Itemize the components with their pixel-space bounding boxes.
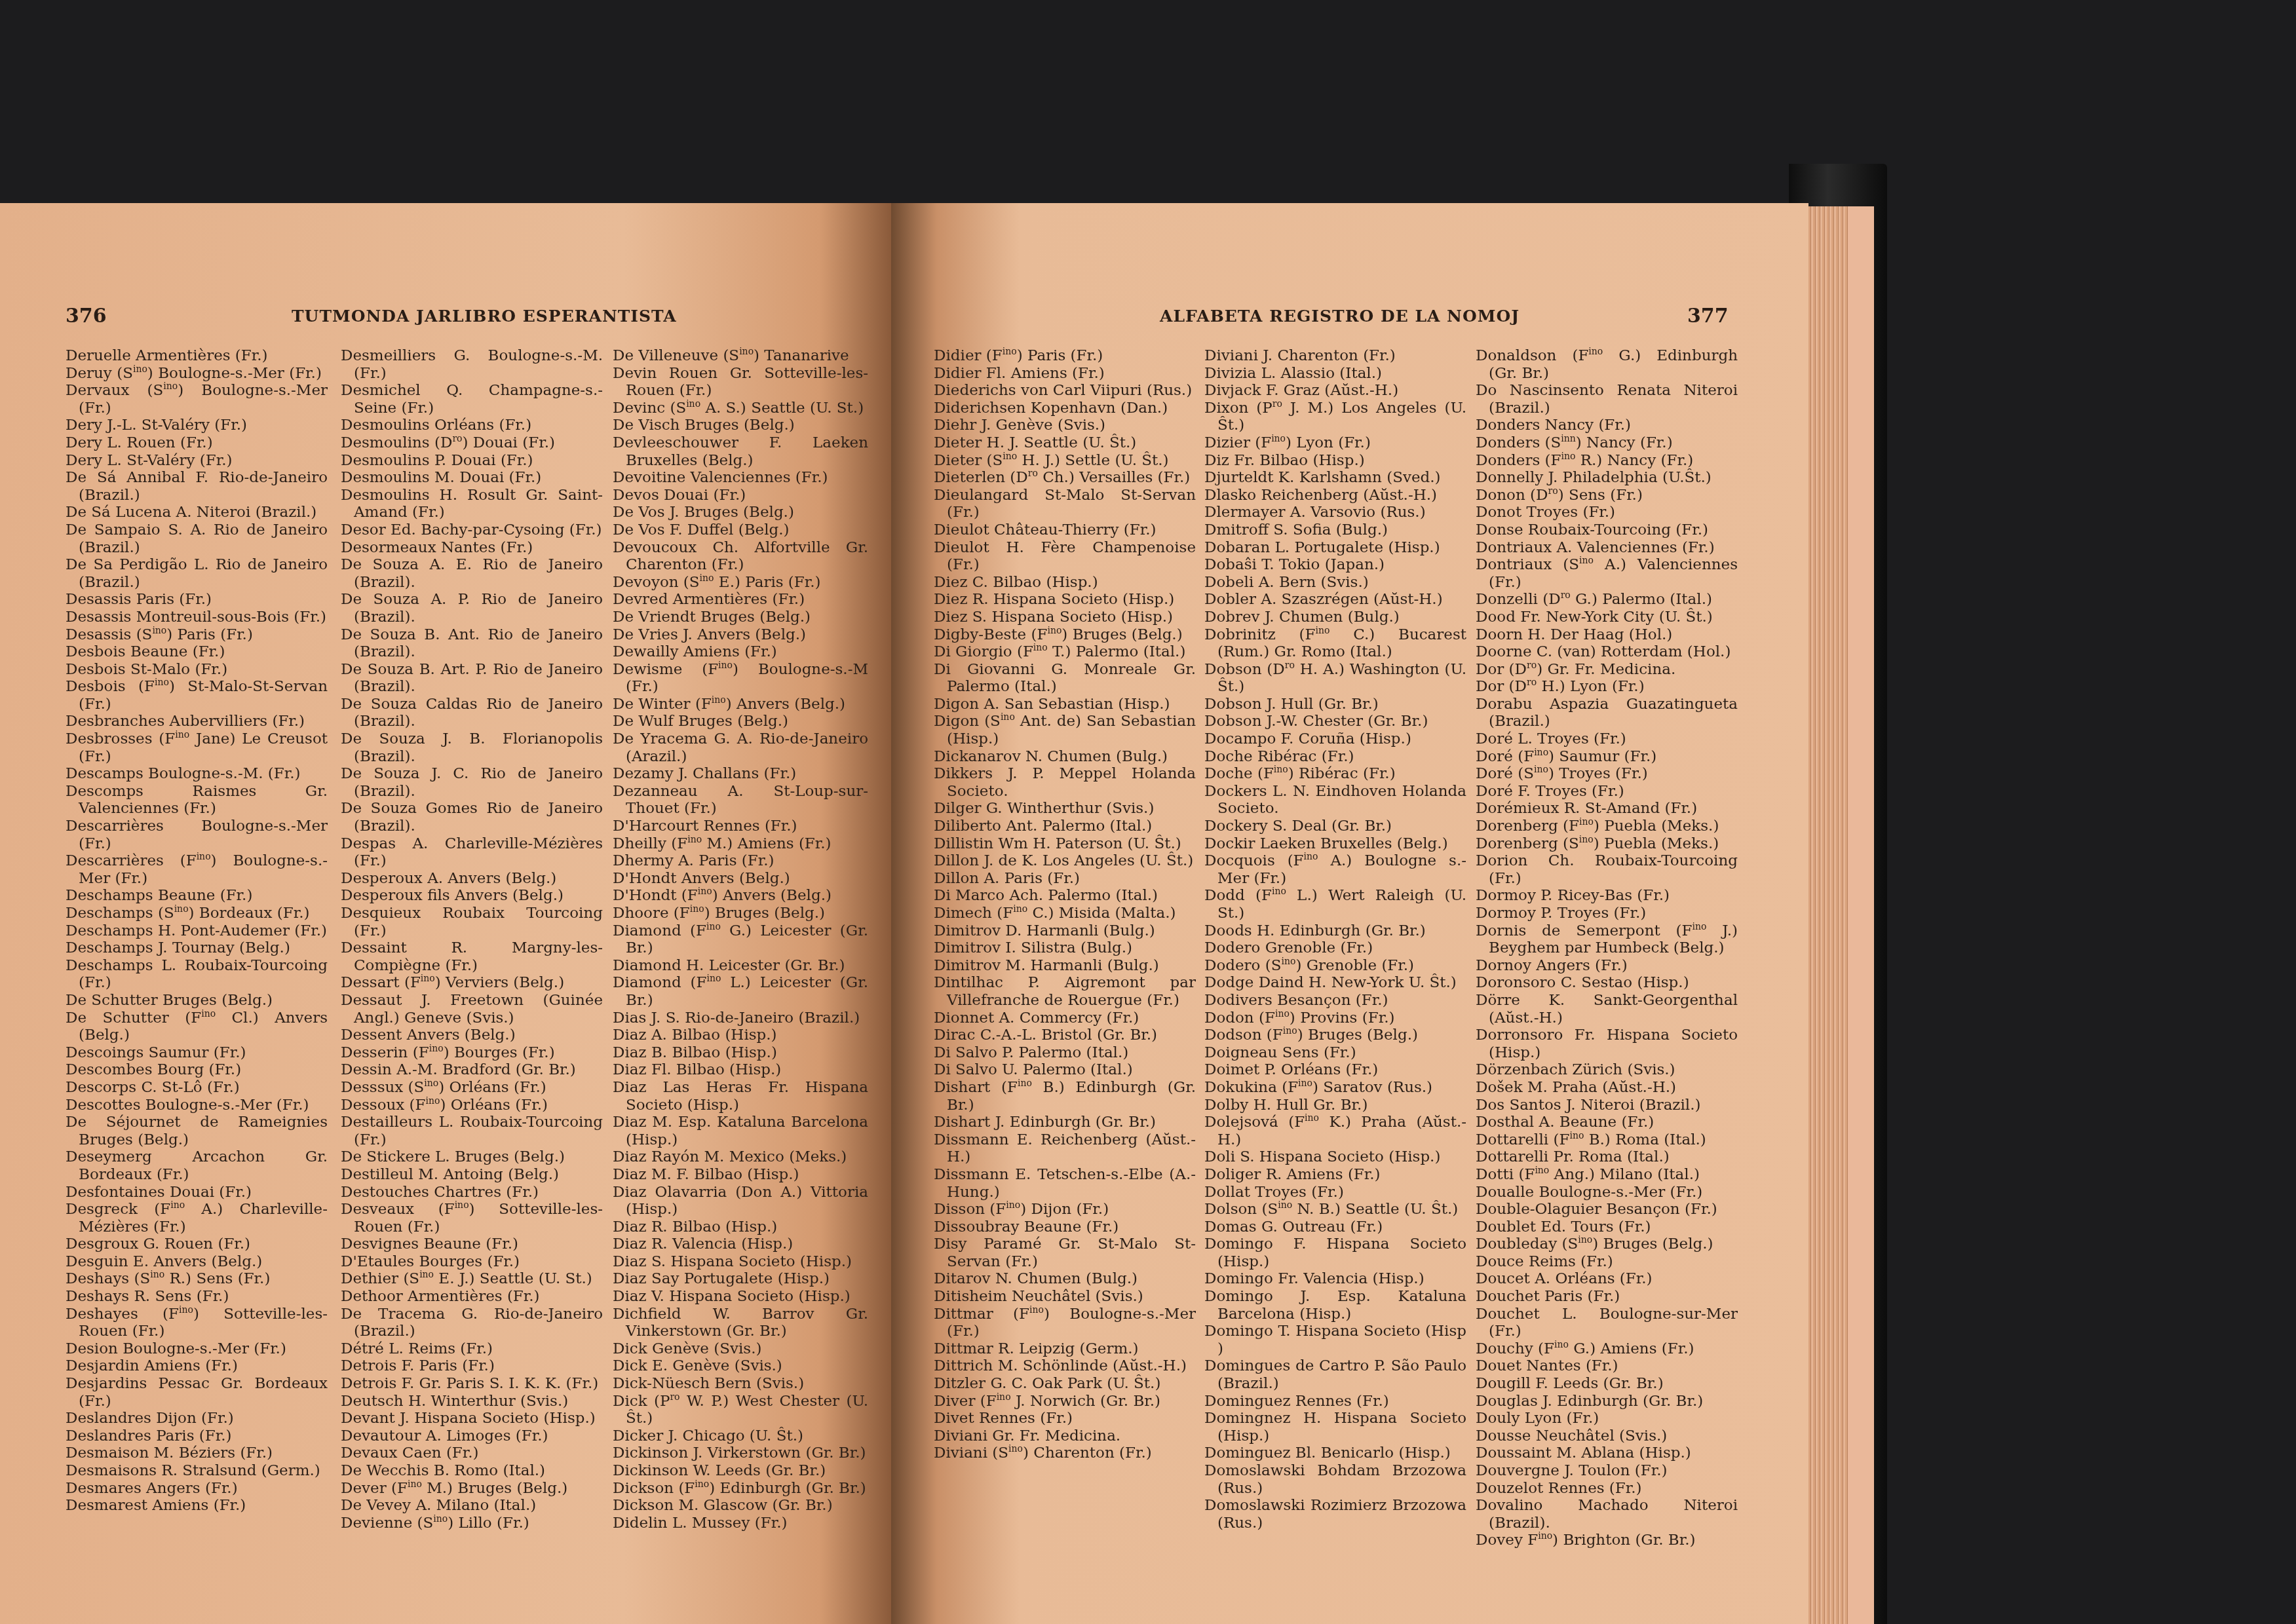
directory-entry: Doronsoro C. Sestao (Hisp.) [1476,974,1738,992]
directory-entry: Dodson (Fino) Bruges (Belg.) [1204,1027,1466,1044]
directory-entry: De Souza A. P. Rio de Janeiro (Brazil). [341,591,603,626]
directory-entry: Deruelle Armentières (Fr.) [66,347,328,365]
directory-entry: Desjardin Amiens (Fr.) [66,1357,328,1375]
directory-entry: Desormeaux Nantes (Fr.) [341,539,603,557]
directory-entry: Dessin A.-M. Bradford (Gr. Br.) [341,1061,603,1079]
directory-entry: Donders Nancy (Fr.) [1476,417,1738,434]
directory-entry: Desmaisons R. Stralsund (Germ.) [66,1462,328,1480]
directory-entry: Douzelot Rennes (Fr.) [1476,1480,1738,1498]
directory-entry: Desmarest Amiens (Fr.) [66,1497,328,1515]
directory-entry: Desperoux A. Anvers (Belg.) [341,870,603,888]
directory-entry: Doublet Ed. Tours (Fr.) [1476,1218,1738,1236]
directory-entry: Dessaut J. Freetown (Guinée Angl.) Genev… [341,992,603,1027]
directory-entry: De Souza Gomes Rio de Janeiro (Brazil). [341,800,603,835]
directory-entry: Dolson (Sino N. B.) Seattle (U. Ŝt.) [1204,1201,1466,1218]
directory-entry: Dieulangard St-Malo St-Servan (Fr.) [934,487,1196,521]
directory-entry: Despas A. Charleville-Mézières (Fr.) [341,835,603,870]
directory-entry: Dessart (Fino) Verviers (Belg.) [341,974,603,992]
directory-entry: Didier (Fino) Paris (Fr.) [934,347,1196,365]
directory-entry: Deslandres Dijon (Fr.) [66,1410,328,1427]
directory-entry: De Tracema G. Rio-de-Janeiro (Brazil.) [341,1306,603,1340]
directory-entry: Dobson J. Hull (Gr. Br.) [1204,696,1466,713]
directory-entry: Descarrières (Fino) Boulogne-s.-Mer (Fr.… [66,852,328,887]
directory-entry: Dessaint R. Margny-les-Compiègne (Fr.) [341,939,603,974]
directory-entry: Dobler A. Szaszrégen (Aŭst-H.) [1204,591,1466,609]
directory-entry: Dobrinitz (Fino C.) Bucarest (Rum.) Gr. … [1204,626,1466,661]
directory-entry: Doorn H. Der Haag (Hol.) [1476,626,1738,644]
directory-entry: Desssux (Sino) Orléans (Fr.) [341,1079,603,1097]
directory-entry: Diez S. Hispana Societo (Hisp.) [934,609,1196,626]
directory-entry: Desbois St-Malo (Fr.) [66,661,328,679]
directory-entry: Dodd (Fino L.) Wert Raleigh (U. St.) [1204,887,1466,922]
directory-entry: Destouches Chartres (Fr.) [341,1184,603,1201]
directory-entry: Diederichs von Carl Viipuri (Rus.) [934,382,1196,400]
directory-entry: Diliberto Ant. Palermo (Ital.) [934,818,1196,835]
directory-entry: De Souza A. E. Rio de Janeiro (Brazil). [341,556,603,591]
directory-entry: De Vries J. Anvers (Belg.) [613,626,868,644]
directory-entry: Dodon (Fino) Provins (Fr.) [1204,1010,1466,1027]
directory-entry: Deshayes (Fino) Sotteville-les-Rouen (Fr… [66,1306,328,1340]
open-book: 376 TUTMONDA JARLIBRO ESPERANTISTA Derue… [0,164,1887,1624]
directory-entry: Desion Boulogne-s.-Mer (Fr.) [66,1340,328,1358]
directory-entry: Deschamps (Sino) Bordeaux (Fr.) [66,905,328,922]
directory-entry: Desbois (Fino) St-Malo-St-Servan (Fr.) [66,678,328,713]
directory-entry: Dillon A. Paris (Fr.) [934,870,1196,888]
directory-entry: Do Nascinsento Renata Niteroi (Brazil.) [1476,382,1738,417]
page-edges [1808,206,1848,1624]
directory-entry: Dickson (Fino) Edinburgh (Gr. Br.) [613,1480,868,1498]
directory-entry: Devin Rouen Gr. Sotteville-les-Rouen (Fr… [613,365,868,400]
directory-entry: De Vevey A. Milano (Ital.) [341,1497,603,1515]
directory-entry: Devinc (Sino A. S.) Seattle (U. St.) [613,400,868,417]
directory-entry: Dockers L. N. Eindhoven Holanda Societo. [1204,783,1466,818]
directory-entry: Digon A. San Sebastian (Hisp.) [934,696,1196,713]
directory-entry: Dimitrov M. Harmanli (Bulg.) [934,957,1196,975]
directory-entry: Descomps Raismes Gr. Valenciennes (Fr.) [66,783,328,818]
directory-entry: Dimitrov I. Silistra (Bulg.) [934,939,1196,957]
directory-entry: Deseymerg Arcachon Gr. Bordeaux (Fr.) [66,1148,328,1183]
directory-entry: Dokukina (Fino) Saratov (Rus.) [1204,1079,1466,1097]
directory-entry: Diaz R. Valencia (Hisp.) [613,1236,868,1253]
directory-entry: Desmares Angers (Fr.) [66,1480,328,1498]
directory-entry: Dishart (Fino B.) Edinburgh (Gr. Br.) [934,1079,1196,1114]
directory-entry: Diviani Gr. Fr. Medicina. [934,1427,1196,1445]
directory-entry: Dobrev J. Chumen (Bulg.) [1204,609,1466,626]
directory-entry: Dethoor Armentières (Fr.) [341,1288,603,1306]
directory-entry: De Séjournet de Rameignies Bruges (Belg.… [66,1114,328,1148]
left-column-1: Deruelle Armentières (Fr.)Deruy (Sino) B… [66,347,328,1515]
directory-entry: Dionnet A. Commercy (Fr.) [934,1010,1196,1027]
directory-entry: Dixon (Pro J. M.) Los Angeles (U. Ŝt.) [1204,400,1466,434]
directory-entry: Dobaŝi T. Tokio (Japan.) [1204,556,1466,574]
directory-entry: Dessent Anvers (Belg.) [341,1027,603,1044]
directory-entry: Dissoubray Beaune (Fr.) [934,1218,1196,1236]
directory-entry: Digby-Beste (Fino) Bruges (Belg.) [934,626,1196,644]
directory-entry: Dotti (Fino Ang.) Milano (Ital.) [1476,1166,1738,1184]
directory-entry: Doliger R. Amiens (Fr.) [1204,1166,1466,1184]
directory-entry: Dobeli A. Bern (Svis.) [1204,574,1466,592]
directory-entry: Desquieux Roubaix Tourcoing (Fr.) [341,905,603,939]
directory-entry: Diamond (Fino G.) Leicester (Gr. Br.) [613,922,868,957]
directory-entry: Ditarov N. Chumen (Bulg.) [934,1270,1196,1288]
directory-entry: Desmoulins P. Douai (Fr.) [341,452,603,470]
directory-entry: Dockir Laeken Bruxelles (Belg.) [1204,835,1466,853]
directory-entry: Dizier (Fino) Lyon (Fr.) [1204,434,1466,452]
directory-entry: Desor Ed. Bachy-par-Cysoing (Fr.) [341,521,603,539]
directory-entry: Dontriaux (Sino A.) Valenciennes (Fr.) [1476,556,1738,591]
directory-entry: Dheilly (Fino M.) Amiens (Fr.) [613,835,868,853]
directory-entry: Desmoulins (Dro) Douai (Fr.) [341,434,603,452]
directory-entry: Dorronsoro Fr. Hispana Societo (Hisp.) [1476,1027,1738,1061]
directory-entry: Dezamy J. Challans (Fr.) [613,765,868,783]
directory-entry: Domas G. Outreau (Fr.) [1204,1218,1466,1236]
directory-entry: Domingo F. Hispana Societo (Hisp.) [1204,1236,1466,1270]
directory-entry: Dickinson J. Virkerstown (Gr. Br.) [613,1445,868,1462]
page-number-right: 377 [1687,305,1729,328]
directory-entry: Dissmann E. Reichenberg (Aŭst.-H.) [934,1131,1196,1166]
directory-entry: Douvergne J. Toulon (Fr.) [1476,1462,1738,1480]
directory-entry: De Schutter (Fino Cl.) Anvers (Belg.) [66,1010,328,1044]
directory-entry: Dor (Dro H.) Lyon (Fr.) [1476,678,1738,696]
directory-entry: Deutsch H. Winterthur (Svis.) [341,1393,603,1410]
directory-entry: Desperoux fils Anvers (Belg.) [341,887,603,905]
directory-entry: Dimech (Fino C.) Misida (Malta.) [934,905,1196,922]
directory-entry: De Villeneuve (Sino) Tananarive [613,347,868,365]
directory-entry: Dieulot Château-Thierry (Fr.) [934,521,1196,539]
directory-entry: Dick-Nüesch Bern (Svis.) [613,1375,868,1393]
directory-entry: Dicker J. Chicago (U. Ŝt.) [613,1427,868,1445]
directory-entry: De Yracema G. A. Rio-de-Janeiro (Arazil.… [613,730,868,765]
directory-entry: Diderichsen Kopenhavn (Dan.) [934,400,1196,417]
directory-entry: Dery J.-L. St-Valéry (Fr.) [66,417,328,434]
directory-entry: Dolejsová (Fino K.) Praha (Aŭst.-H.) [1204,1114,1466,1148]
directory-entry: Divjack F. Graz (Aŭst.-H.) [1204,382,1466,400]
directory-entry: Doré F. Troyes (Fr.) [1476,783,1738,801]
directory-entry: Doussaint M. Ablana (Hisp.) [1476,1445,1738,1462]
directory-entry: Double-Olaguier Besançon (Fr.) [1476,1201,1738,1218]
directory-entry: Dornis de Semerpont (Fino J.) Beyghem pa… [1476,922,1738,957]
directory-entry: Doche (Fino) Ribérac (Fr.) [1204,765,1466,783]
directory-entry: Doré L. Troyes (Fr.) [1476,730,1738,748]
directory-entry: Desgreck (Fino A.) Charleville-Mézières … [66,1201,328,1236]
directory-entry: De Wecchis B. Romo (Ital.) [341,1462,603,1480]
directory-entry: Domingues de Cartro P. São Paulo (Brazil… [1204,1357,1466,1392]
directory-entry: Devred Armentières (Fr.) [613,591,868,609]
directory-entry: Desgroux G. Rouen (Fr.) [66,1236,328,1253]
right-column-2: Diviani J. Charenton (Fr.)Divizia L. Ala… [1204,347,1466,1532]
directory-entry: Diaz S. Hispana Societo (Hisp.) [613,1253,868,1271]
directory-entry: Desassis Paris (Fr.) [66,591,328,609]
directory-entry: Dintilhac P. Aigremont par Villefranche … [934,974,1196,1009]
directory-entry: Deslandres Paris (Fr.) [66,1427,328,1445]
directory-entry: D'Hondt Anvers (Belg.) [613,870,868,888]
directory-entry: Dougill F. Leeds (Gr. Br.) [1476,1375,1738,1393]
left-page: 376 TUTMONDA JARLIBRO ESPERANTISTA Derue… [0,203,891,1624]
directory-entry: Dolby H. Hull Gr. Br.) [1204,1097,1466,1114]
directory-entry: Descottes Boulogne-s.-Mer (Fr.) [66,1097,328,1114]
directory-entry: Diez C. Bilbao (Hisp.) [934,574,1196,592]
directory-entry: Devant J. Hispana Societo (Hisp.) [341,1410,603,1427]
directory-entry: Donse Roubaix-Tourcoing (Fr.) [1476,521,1738,539]
directory-entry: Didier Fl. Amiens (Fr.) [934,365,1196,383]
directory-entry: Descarrières Boulogne-s.-Mer (Fr.) [66,818,328,852]
directory-entry: Dovalino Machado Niteroi (Brazil). [1476,1497,1738,1532]
directory-entry: Desvignes Beaune (Fr.) [341,1236,603,1253]
directory-entry: Dottarelli (Fino B.) Roma (Ital.) [1476,1131,1738,1149]
directory-entry: Dornoy Angers (Fr.) [1476,957,1738,975]
directory-entry: Desfontaines Douai (Fr.) [66,1184,328,1201]
right-column-1: Didier (Fino) Paris (Fr.)Didier Fl. Amie… [934,347,1196,1462]
directory-entry: De Souza B. Ant. Rio de Janeiro (Brazil)… [341,626,603,661]
directory-entry: Diaz M. Esp. Kataluna Barcelona (Hisp.) [613,1114,868,1148]
directory-entry: Diaz M. F. Bilbao (Hisp.) [613,1166,868,1184]
directory-entry: De Vriendt Bruges (Belg.) [613,609,868,626]
right-column-3: Donaldson (Fino G.) Edinburgh (Gr. Br.)D… [1476,347,1738,1549]
directory-entry: Dieter H. J. Seattle (U. Ŝt.) [934,434,1196,452]
directory-entry: Dorabu Aspazia Guazatingueta (Brazil.) [1476,696,1738,730]
directory-entry: Descoings Saumur (Fr.) [66,1044,328,1062]
directory-entry: Dittrich M. Schönlinde (Aŭst.-H.) [934,1357,1196,1375]
directory-entry: Doli S. Hispana Societo (Hisp.) [1204,1148,1466,1166]
directory-entry: Deshays (Sino R.) Sens (Fr.) [66,1270,328,1288]
directory-entry: Dethier (Sino E. J.) Seattle (U. St.) [341,1270,603,1288]
directory-entry: Dor (Dro) Gr. Fr. Medicina. [1476,661,1738,679]
directory-entry: Dörzenbach Zürich (Svis.) [1476,1061,1738,1079]
directory-entry: De Vos J. Bruges (Belg.) [613,504,868,521]
directory-entry: Douchy (Fino G.) Amiens (Fr.) [1476,1340,1738,1358]
directory-entry: Devleeschouwer F. Laeken Bruxelles (Belg… [613,434,868,469]
directory-entry: Destilleul M. Antoing (Belg.) [341,1166,603,1184]
directory-entry: Devoyon (Sino E.) Paris (Fr.) [613,574,868,592]
directory-entry: Domingnez H. Hispana Societo (Hisp.) [1204,1410,1466,1445]
directory-entry: Dollat Troyes (Fr.) [1204,1184,1466,1201]
right-page: ALFABETA REGISTRO DE LA NOMOJ 377 Didier… [891,203,1808,1624]
directory-entry: Détré L. Reims (Fr.) [341,1340,603,1358]
directory-entry: Dimitrov D. Harmanli (Bulg.) [934,922,1196,940]
directory-entry: Dery L. Rouen (Fr.) [66,434,328,452]
directory-entry: Dodivers Besançon (Fr.) [1204,992,1466,1010]
directory-entry: Dominguez Bl. Benicarlo (Hisp.) [1204,1445,1466,1462]
directory-entry: Dickson M. Glascow (Gr. Br.) [613,1497,868,1515]
directory-entry: Docquois (Fino A.) Boulogne s.-Mer (Fr.) [1204,852,1466,887]
directory-entry: Destailleurs L. Roubaix-Tourcoing (Fr.) [341,1114,603,1148]
directory-entry: Domingo J. Esp. Kataluna Barcelona (Hisp… [1204,1288,1466,1323]
directory-entry: Donnelly J. Philadelphia (U.Ŝt.) [1476,469,1738,487]
directory-entry: Devienne (Sino) Lillo (Fr.) [341,1515,603,1532]
directory-entry: Doche Ribérac (Fr.) [1204,748,1466,766]
left-column-2: Desmeilliers G. Boulogne-s.-M. (Fr.)Desm… [341,347,603,1532]
directory-entry: Dissmann E. Tetschen-s.-Elbe (A.-Hung.) [934,1166,1196,1201]
directory-entry: Doimet P. Orléans (Fr.) [1204,1061,1466,1079]
directory-entry: Desguin E. Anvers (Belg.) [66,1253,328,1271]
directory-entry: Domingo T. Hispana Societo (Hisp ) [1204,1323,1466,1357]
directory-entry: Diaz R. Bilbao (Hisp.) [613,1218,868,1236]
directory-entry: Diamond H. Leicester (Gr. Br.) [613,957,868,975]
directory-entry: Dishart J. Edinburgh (Gr. Br.) [934,1114,1196,1131]
directory-entry: Desassis Montreuil-sous-Bois (Fr.) [66,609,328,626]
directory-entry: D'Etaules Bourges (Fr.) [341,1253,603,1271]
page-number-left: 376 [66,305,107,328]
directory-entry: Desmoulins Orléans (Fr.) [341,417,603,434]
directory-entry: Devos Douai (Fr.) [613,487,868,504]
directory-entry: Doré (Fino) Saumur (Fr.) [1476,748,1738,766]
directory-entry: Domingo Fr. Valencia (Hisp.) [1204,1270,1466,1288]
directory-entry: Dilger G. Wintherthur (Svis.) [934,800,1196,818]
directory-entry: Deschamps Beaune (Fr.) [66,887,328,905]
directory-entry: Dieter (Sino H. J.) Settle (U. Ŝt.) [934,452,1196,470]
directory-entry: Descamps Boulogne-s.-M. (Fr.) [66,765,328,783]
directory-entry: Diver (Fino J. Norwich (Gr. Br.) [934,1393,1196,1410]
directory-entry: Deschamps L. Roubaix-Tourcoing (Fr.) [66,957,328,992]
directory-entry: Dosthal A. Beaune (Fr.) [1476,1114,1738,1131]
running-head-left: TUTMONDA JARLIBRO ESPERANTISTA [292,307,677,326]
directory-entry: Desjardins Pessac Gr. Bordeaux (Fr.) [66,1375,328,1410]
directory-entry: Douet Nantes (Fr.) [1476,1357,1738,1375]
directory-entry: Devaux Caen (Fr.) [341,1445,603,1462]
directory-entry: Di Salvo U. Palermo (Ital.) [934,1061,1196,1079]
directory-entry: Diviani (Sino) Charenton (Fr.) [934,1445,1196,1462]
directory-entry: De Souza B. Art. P. Rio de Janeiro (Braz… [341,661,603,696]
directory-entry: Devoucoux Ch. Alfortville Gr. Charenton … [613,539,868,574]
directory-entry: Diamond (Fino L.) Leicester (Gr. Br.) [613,974,868,1009]
directory-entry: Djurteldt K. Karlshamn (Sved.) [1204,469,1466,487]
directory-entry: Dottarelli Pr. Roma (Ital.) [1476,1148,1738,1166]
directory-entry: Detrois F. Gr. Paris S. I. K. K. (Fr.) [341,1375,603,1393]
directory-entry: Dockery S. Deal (Gr. Br.) [1204,818,1466,835]
directory-entry: Dikkers J. P. Meppel Holanda Societo. [934,765,1196,800]
directory-entry: Donon (Dro) Sens (Fr.) [1476,487,1738,504]
directory-entry: Diaz Fl. Bilbao (Hisp.) [613,1061,868,1079]
directory-entry: Doucet A. Orléans (Fr.) [1476,1270,1738,1288]
directory-entry: Dhermy A. Paris (Fr.) [613,852,868,870]
directory-entry: Disson (Fino) Dijon (Fr.) [934,1201,1196,1218]
directory-entry: Dhoore (Fino) Bruges (Belg.) [613,905,868,922]
directory-entry: Diez R. Hispana Societo (Hisp.) [934,591,1196,609]
directory-entry: Diaz Say Portugalete (Hisp.) [613,1270,868,1288]
directory-entry: Dodero Grenoble (Fr.) [1204,939,1466,957]
directory-entry: Douglas J. Edinburgh (Gr. Br.) [1476,1393,1738,1410]
directory-entry: Dovey Fino) Brighton (Gr. Br.) [1476,1532,1738,1549]
directory-entry: Dillon J. de K. Los Angeles (U. Ŝt.) [934,852,1196,870]
directory-entry: Desbrosses (Fino Jane) Le Creusot (Fr.) [66,730,328,765]
directory-entry: De Sá Annibal F. Rio-de-Janeiro (Brazil.… [66,469,328,504]
directory-entry: Dodero (Sino) Grenoble (Fr.) [1204,957,1466,975]
directory-entry: Di Giovanni G. Monreale Gr. Palermo (Ita… [934,661,1196,696]
directory-entry: Detrois F. Paris (Fr.) [341,1357,603,1375]
directory-entry: Dewisme (Fino) Boulogne-s.-M (Fr.) [613,661,868,696]
directory-entry: Donaldson (Fino G.) Edinburgh (Gr. Br.) [1476,347,1738,382]
directory-entry: Dieterlen (Dro Ch.) Versailles (Fr.) [934,469,1196,487]
directory-entry: Divet Rennes (Fr.) [934,1410,1196,1427]
directory-entry: Dobson (Dro H. A.) Washington (U. Ŝt.) [1204,661,1466,696]
directory-entry: Dessoux (Fino) Orléans (Fr.) [341,1097,603,1114]
directory-entry: Dickinson W. Leeds (Gr. Br.) [613,1462,868,1480]
directory-entry: Dery L. St-Valéry (Fr.) [66,452,328,470]
directory-entry: Douchet L. Boulogne-sur-Mer (Fr.) [1476,1306,1738,1340]
directory-entry: Dood Fr. New-York City (U. Ŝt.) [1476,609,1738,626]
directory-entry: Digon (Sino Ant. de) San Sebastian (Hisp… [934,713,1196,747]
directory-entry: Dorenberg (Fino) Puebla (Meks.) [1476,818,1738,835]
directory-entry: Dodge Daind H. New-York U. Ŝt.) [1204,974,1466,992]
running-head-right: ALFABETA REGISTRO DE LA NOMOJ [1160,307,1520,326]
directory-entry: D'Hondt (Fino) Anvers (Belg.) [613,887,868,905]
directory-entry: Dontriaux A. Valenciennes (Fr.) [1476,539,1738,557]
directory-entry: Doods H. Edinburgh (Gr. Br.) [1204,922,1466,940]
directory-entry: Dezanneau A. St-Loup-sur-Thouet (Fr.) [613,783,868,818]
directory-entry: Dousse Neuchâtel (Svis.) [1476,1427,1738,1445]
directory-entry: Descorps C. St-Lô (Fr.) [66,1079,328,1097]
directory-entry: De Visch Bruges (Belg.) [613,417,868,434]
directory-entry: Dmitroff S. Sofia (Bulg.) [1204,521,1466,539]
directory-entry: Diehr J. Genève (Svis.) [934,417,1196,434]
directory-entry: Dias J. S. Rio-de-Janeiro (Brazil.) [613,1010,868,1027]
directory-entry: Douchet Paris (Fr.) [1476,1288,1738,1306]
directory-entry: Dormoy P. Ricey-Bas (Fr.) [1476,887,1738,905]
directory-entry: Desmichel Q. Champagne-s.-Seine (Fr.) [341,382,603,417]
directory-entry: Diaz A. Bilbao (Hisp.) [613,1027,868,1044]
directory-entry: Diaz Las Heras Fr. Hispana Societo (Hisp… [613,1079,868,1114]
directory-entry: Donders (Sinn) Nancy (Fr.) [1476,434,1738,452]
directory-entry: Diviani J. Charenton (Fr.) [1204,347,1466,365]
directory-entry: Disy Paramé Gr. St-Malo St-Servan (Fr.) [934,1236,1196,1270]
directory-entry: Diaz V. Hispana Societo (Hisp.) [613,1288,868,1306]
directory-entry: Dick Genève (Svis.) [613,1340,868,1358]
directory-entry: Divizia L. Alassio (Ital.) [1204,365,1466,383]
directory-entry: Dichfield W. Barrov Gr. Vinkerstown (Gr.… [613,1306,868,1340]
directory-entry: De Souza J. C. Rio de Janeiro (Brazil). [341,765,603,800]
directory-entry: Domoslawski Rozimierz Brzozowa (Rus.) [1204,1497,1466,1532]
directory-entry: Dick (Pro W. P.) West Chester (U. Ŝt.) [613,1393,868,1427]
directory-entry: Deshays R. Sens (Fr.) [66,1288,328,1306]
directory-entry: Dervaux (Sino) Boulogne-s.-Mer (Fr.) [66,382,328,417]
directory-entry: De Sa Perdigão L. Rio de Janeiro (Brazil… [66,556,328,591]
directory-entry: De Sá Lucena A. Niteroi (Brazil.) [66,504,328,521]
directory-entry: Docampo F. Coruña (Hisp.) [1204,730,1466,748]
directory-entry: De Vos F. Duffel (Belg.) [613,521,868,539]
directory-entry: Desmoulins H. Rosult Gr. Saint-Amand (Fr… [341,487,603,521]
directory-entry: Dobaran L. Portugalete (Hisp.) [1204,539,1466,557]
directory-entry: Dorenberg (Sino) Puebla (Meks.) [1476,835,1738,853]
directory-entry: Dirac C.-A.-L. Bristol (Gr. Br.) [934,1027,1196,1044]
directory-entry: D'Harcourt Rennes (Fr.) [613,818,868,835]
directory-entry: De Sampaio S. A. Rio de Janeiro (Brazil.… [66,521,328,556]
directory-entry: Dörre K. Sankt-Georgenthal (Aŭst.-H.) [1476,992,1738,1027]
directory-entry: Ditisheim Neuchâtel (Svis.) [934,1288,1196,1306]
directory-entry: Dillistin Wm H. Paterson (U. Ŝt.) [934,835,1196,853]
directory-entry: Diaz Olavarria (Don A.) Vittoria (Hisp.) [613,1184,868,1218]
directory-entry: Desmeilliers G. Boulogne-s.-M. (Fr.) [341,347,603,382]
directory-entry: Deschamps H. Pont-Audemer (Fr.) [66,922,328,940]
directory-entry: Dos Santos J. Niteroi (Brazil.) [1476,1097,1738,1114]
directory-entry: Domoslawski Bohdam Brzozowa (Rus.) [1204,1462,1466,1497]
directory-entry: De Souza Caldas Rio de Janeiro (Brazil). [341,696,603,730]
directory-entry: Dorémieux R. St-Amand (Fr.) [1476,800,1738,818]
directory-entry: De Stickere L. Bruges (Belg.) [341,1148,603,1166]
directory-entry: Dormoy P. Troyes (Fr.) [1476,905,1738,922]
directory-entry: De Souza J. B. Florianopolis (Brazil). [341,730,603,765]
directory-entry: Diaz B. Bilbao (Hisp.) [613,1044,868,1062]
directory-entry: Dominguez Rennes (Fr.) [1204,1393,1466,1410]
directory-entry: Donders (Fino R.) Nancy (Fr.) [1476,452,1738,470]
directory-entry: Dobson J.-W. Chester (Gr. Br.) [1204,713,1466,730]
directory-entry: Ditzler G. C. Oak Park (U. Ŝt.) [934,1375,1196,1393]
directory-entry: Dittmar (Fino) Boulogne-s.-Mer (Fr.) [934,1306,1196,1340]
directory-entry: De Winter (Fino) Anvers (Belg.) [613,696,868,713]
directory-entry: Doualle Boulogne-s.-Mer (Fr.) [1476,1184,1738,1201]
directory-entry: Dever (Fino M.) Bruges (Belg.) [341,1480,603,1498]
directory-entry: Dickanarov N. Chumen (Bulg.) [934,748,1196,766]
directory-entry: Desbranches Aubervilliers (Fr.) [66,713,328,730]
